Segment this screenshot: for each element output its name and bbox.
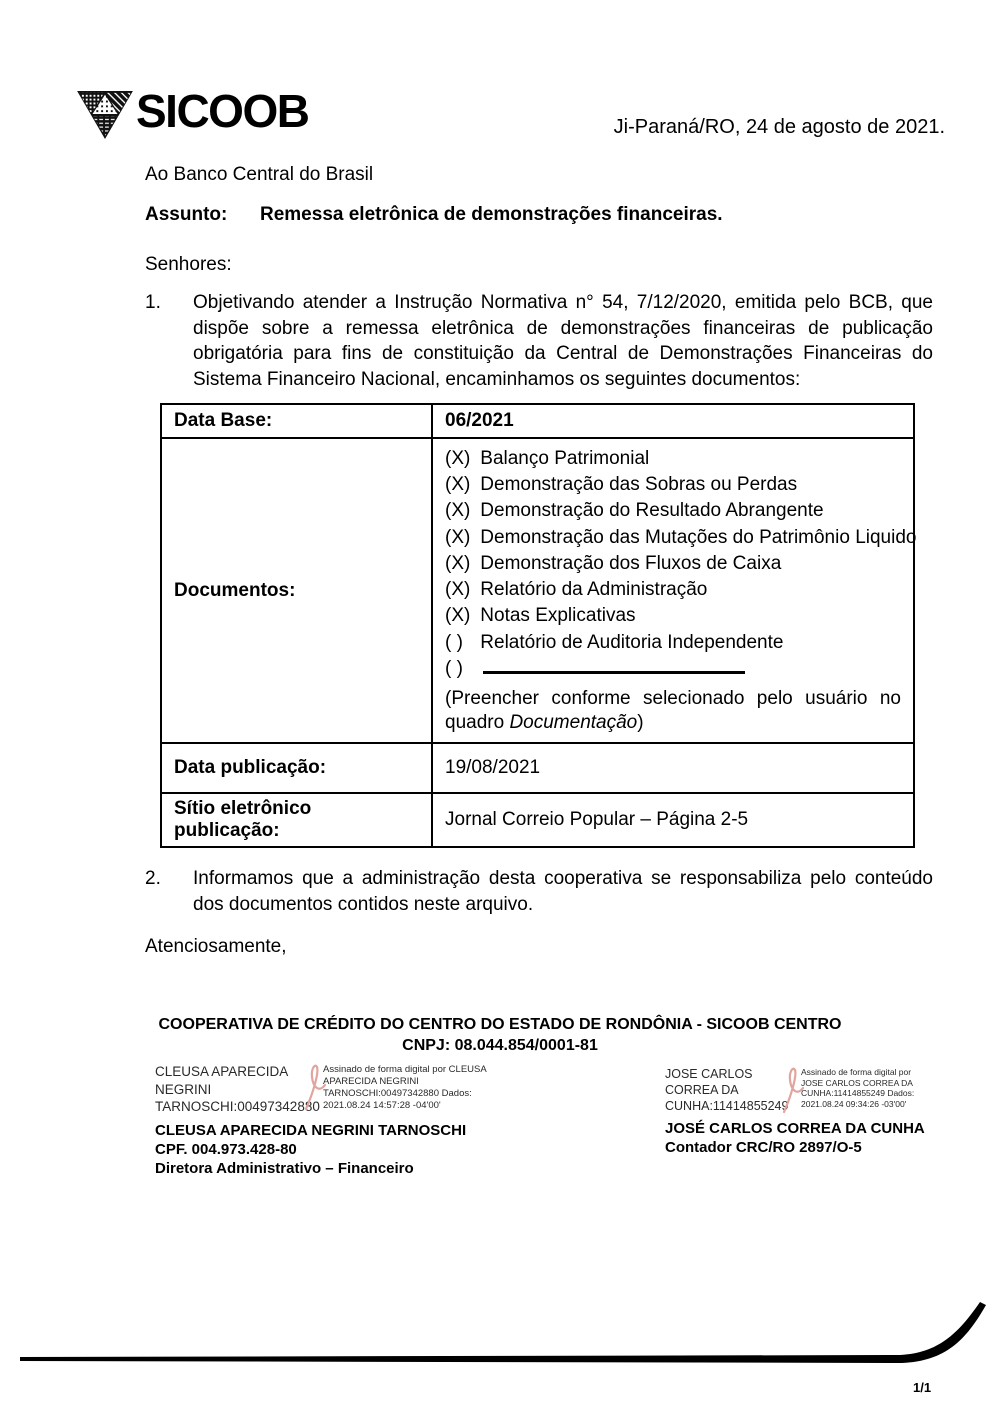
document-item: (X) Demonstração do Resultado Abrangente [445,498,901,524]
signer-role: Contador CRC/RO 2897/O-5 [665,1138,985,1157]
checkbox-mark: (X) [445,525,475,551]
checkbox-mark: ( ) [445,656,475,682]
fill-note-suffix: ) [637,712,643,733]
documents-table: Data Base: 06/2021 Documentos: (X) Balan… [160,403,915,848]
signature-right: JOSE CARLOS CORREA DA CUNHA:11414855249 … [665,1066,985,1157]
digital-signature-stamp: JOSE CARLOS CORREA DA CUNHA:11414855249 … [665,1066,985,1114]
paragraph-2-text: Informamos que a administração desta coo… [193,866,933,917]
checkbox-mark: ( ) [445,630,475,656]
document-item: (X) Relatório da Administração [445,577,901,603]
scanned-letter-page: SICOOB Ji-Paraná/RO, 24 de agosto de 202… [0,0,1000,1419]
document-label: Demonstração das Mutações do Patrimônio … [480,527,916,548]
document-item: (X) Demonstração das Sobras ou Perdas [445,472,901,498]
table-row-sitio: Sítio eletrônico publicação: Jornal Corr… [161,793,914,847]
sicoob-wordmark: SICOOB [136,88,308,134]
signer-block: JOSÉ CARLOS CORREA DA CUNHA Contador CRC… [665,1119,985,1157]
paragraph-1: 1. Objetivando atender a Instrução Norma… [145,290,933,392]
checkbox-mark: (X) [445,603,475,629]
signer-name: CLEUSA APARECIDA NEGRINI TARNOSCHI [155,1121,500,1140]
signer-role: Diretora Administrativo – Financeiro [155,1159,500,1178]
document-label: Notas Explicativas [480,605,635,626]
blank-line [483,659,745,674]
subject-row: Assunto:Remessa eletrônica de demonstraç… [145,204,945,226]
stamp-details: Assinado de forma digital por JOSE CARLO… [785,1066,926,1114]
row-label-sitio: Sítio eletrônico publicação: [161,793,432,847]
row-label-data-base: Data Base: [161,404,432,438]
signer-cpf: CPF. 004.973.428-80 [155,1140,500,1159]
table-row-data-publicacao: Data publicação: 19/08/2021 [161,743,914,793]
paragraph-1-text: Objetivando atender a Instrução Normativ… [193,290,933,392]
document-item-blank: ( ) [445,656,901,682]
document-item: (X) Demonstração dos Fluxos de Caixa [445,551,901,577]
document-label: Relatório de Auditoria Independente [480,632,783,653]
document-label: Relatório da Administração [480,579,707,600]
stamp-details-text: Assinado de forma digital por JOSE CARLO… [801,1067,914,1109]
documents-cell: (X) Balanço Patrimonial (X) Demonstração… [432,438,914,743]
digital-signature-stamp: CLEUSA APARECIDA NEGRINI TARNOSCHI:00497… [155,1063,500,1116]
salutation: Senhores: [145,254,232,276]
document-item: (X) Demonstração das Mutações do Patrimô… [445,525,901,551]
document-label: Demonstração dos Fluxos de Caixa [480,553,781,574]
signature-flourish-icon [781,1066,807,1116]
paragraph-1-number: 1. [145,290,193,392]
checkbox-mark: (X) [445,577,475,603]
fill-note: (Preencher conforme selecionado pelo usu… [445,687,901,735]
row-value-sitio: Jornal Correio Popular – Página 2-5 [432,793,914,847]
stamp-name: JOSE CARLOS CORREA DA CUNHA:11414855249 [665,1066,785,1114]
subject-label: Assunto: [145,204,260,226]
company-block: COOPERATIVA DE CRÉDITO DO CENTRO DO ESTA… [105,1014,895,1056]
subject-text: Remessa eletrônica de demonstrações fina… [260,204,723,225]
document-label: Demonstração das Sobras ou Perdas [480,474,797,495]
signer-name: JOSÉ CARLOS CORREA DA CUNHA [665,1119,985,1138]
document-item: (X) Balanço Patrimonial [445,446,901,472]
paragraph-2-number: 2. [145,866,193,917]
closing-line: Atenciosamente, [145,936,287,958]
dateline: Ji-Paraná/RO, 24 de agosto de 2021. [614,116,945,139]
document-item: (X) Notas Explicativas [445,603,901,629]
document-label: Balanço Patrimonial [480,448,649,469]
stamp-details-text: Assinado de forma digital por CLEUSA APA… [323,1064,486,1111]
signature-flourish-icon [303,1063,329,1113]
row-label-data-publicacao: Data publicação: [161,743,432,793]
table-row-data-base: Data Base: 06/2021 [161,404,914,438]
checkbox-mark: (X) [445,498,475,524]
stamp-details: Assinado de forma digital por CLEUSA APA… [307,1063,491,1116]
sicoob-triangle-icon [76,90,134,140]
sicoob-logo: SICOOB [76,90,308,140]
signer-block: CLEUSA APARECIDA NEGRINI TARNOSCHI CPF. … [155,1121,500,1178]
recipient-line: Ao Banco Central do Brasil [145,164,373,186]
row-value-data-publicacao: 19/08/2021 [432,743,914,793]
document-label: Demonstração do Resultado Abrangente [480,500,823,521]
signature-left: CLEUSA APARECIDA NEGRINI TARNOSCHI:00497… [155,1063,500,1178]
fill-note-italic: Documentação [509,712,637,733]
row-label-documents: Documentos: [161,438,432,743]
stamp-name: CLEUSA APARECIDA NEGRINI TARNOSCHI:00497… [155,1063,307,1116]
paragraph-2: 2. Informamos que a administração desta … [145,866,933,917]
footer-swoosh [0,1290,1000,1370]
checkbox-mark: (X) [445,446,475,472]
page-number: 1/1 [913,1380,931,1395]
document-item: ( ) Relatório de Auditoria Independente [445,630,901,656]
company-name: COOPERATIVA DE CRÉDITO DO CENTRO DO ESTA… [105,1014,895,1035]
checkbox-mark: (X) [445,551,475,577]
checkbox-mark: (X) [445,472,475,498]
company-cnpj: CNPJ: 08.044.854/0001-81 [105,1035,895,1056]
table-row-documents: Documentos: (X) Balanço Patrimonial (X) … [161,438,914,743]
row-value-data-base: 06/2021 [432,404,914,438]
